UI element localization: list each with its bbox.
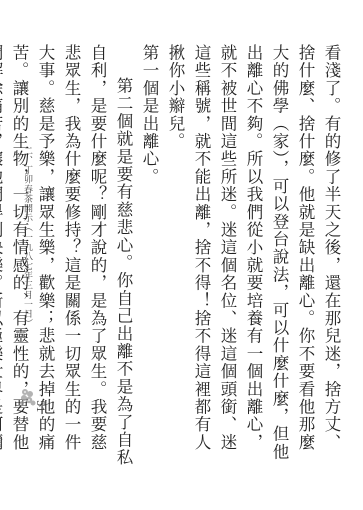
running-head: 二、丁卯春茶開示（一九八七年三月一日）	[20, 146, 34, 376]
page-number: 51	[25, 400, 45, 430]
body-text: 看淺了。有的修了半天之後，還在那兒迷，捨方丈、捨什麼、捨什麼。他就是缺出離心。你…	[48, 44, 344, 468]
paragraph-2: 第一個是出離心。	[136, 44, 162, 468]
paragraph-1: 看淺了。有的修了半天之後，還在那兒迷，捨方丈、捨什麼、捨什麼。他就是缺出離心。你…	[162, 44, 344, 468]
book-page: 看淺了。有的修了半天之後，還在那兒迷，捨方丈、捨什麼、捨什麼。他就是缺出離心。你…	[0, 0, 363, 510]
